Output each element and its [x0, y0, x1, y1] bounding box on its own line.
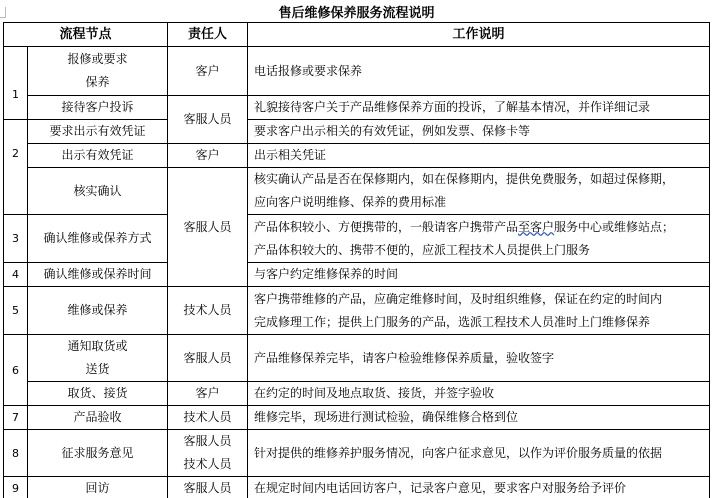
header-description: 工作说明: [248, 23, 710, 47]
seq-cell: 7: [4, 406, 28, 430]
seq-cell: 1: [4, 47, 28, 120]
seq-cell: 2: [4, 120, 28, 215]
node-cell: 要求出示有效凭证: [28, 120, 168, 144]
node-cell: 核实确认: [28, 168, 168, 215]
node-line: 报修或要求: [34, 48, 161, 71]
node-line: 保养: [34, 71, 161, 94]
desc-cell: 与客户约定维修保养的时间: [248, 263, 710, 287]
desc-text: 产品体积较小、方便携带的，一般请客户携带产品: [254, 220, 518, 234]
seq-cell: 5: [4, 287, 28, 335]
table-row: 6 通知取货或 送货 客服人员 产品维修保养完毕，请客户检验维修保养质量，验收签…: [4, 335, 710, 382]
table-row: 5 维修或保养 技术人员 客户携带维修的产品，应确定维修时间，及时组织维修，保证…: [4, 287, 710, 335]
node-cell: 确认维修或保养时间: [28, 263, 168, 287]
spellcheck-underlined-text: 至客户: [518, 220, 554, 234]
desc-line: 客户携带维修的产品，应确定维修时间，及时组织维修，保证在约定的时间内: [254, 288, 703, 311]
table-row: 出示有效凭证 客户 出示相关凭证: [4, 144, 710, 168]
person-cell: 客服人员: [168, 335, 248, 382]
process-table: 流程节点 责任人 工作说明 1 报修或要求 保养 客户 电话报修或要求保养 接待…: [3, 22, 710, 498]
seq-cell: 4: [4, 263, 28, 287]
desc-cell: 针对提供的维修养护服务情况，向客户征求意见，以作为评价服务质量的依据: [248, 430, 710, 477]
desc-cell: 产品体积较小、方便携带的，一般请客户携带产品至客户服务中心或维修站点； 产品体积…: [248, 215, 710, 263]
node-cell: 通知取货或 送货: [28, 335, 168, 382]
node-line: 送货: [34, 358, 161, 381]
person-cell: 客服人员: [168, 168, 248, 287]
node-cell: 报修或要求 保养: [28, 47, 168, 96]
table-header-row: 流程节点 责任人 工作说明: [4, 23, 710, 47]
node-cell: 取货、接货: [28, 382, 168, 406]
table-row: 2 要求出示有效凭证 要求客户出示相关的有效凭证，例如发票、保修卡等: [4, 120, 710, 144]
desc-line: 核实确认产品是否在保修期内，如在保修期内，提供免费服务，如超过保修期，: [254, 168, 703, 191]
node-cell: 确认维修或保养方式: [28, 215, 168, 263]
desc-line: 产品体积较小、方便携带的，一般请客户携带产品至客户服务中心或维修站点；: [254, 216, 703, 239]
desc-cell: 电话报修或要求保养: [248, 47, 710, 96]
desc-line: 产品体积较大的、携带不便的，应派工程技术人员提供上门服务: [254, 239, 703, 262]
desc-cell: 客户携带维修的产品，应确定维修时间，及时组织维修，保证在约定的时间内 完成修理工…: [248, 287, 710, 335]
table-row: 8 征求服务意见 客服人员 技术人员 针对提供的维修养护服务情况，向客户征求意见…: [4, 430, 710, 477]
desc-cell: 要求客户出示相关的有效凭证，例如发票、保修卡等: [248, 120, 710, 144]
desc-cell: 在规定时间内电话回访客户，记录客户意见，要求客户对服务给予评价: [248, 477, 710, 498]
desc-cell: 核实确认产品是否在保修期内，如在保修期内，提供免费服务，如超过保修期， 应向客户…: [248, 168, 710, 215]
node-cell: 维修或保养: [28, 287, 168, 335]
person-line: 技术人员: [174, 453, 241, 476]
table-row: 取货、接货 客户 在约定的时间及地点取货、接货，并签字验收: [4, 382, 710, 406]
table-row: 9 回访 客服人员 在规定时间内电话回访客户，记录客户意见，要求客户对服务给予评…: [4, 477, 710, 498]
desc-cell: 维修完毕，现场进行测试检验，确保维修合格到位: [248, 406, 710, 430]
seq-cell: 3: [4, 215, 28, 263]
table-row: 4 确认维修或保养时间 与客户约定维修保养的时间: [4, 263, 710, 287]
person-cell: 客户: [168, 382, 248, 406]
table-row: 3 确认维修或保养方式 产品体积较小、方便携带的，一般请客户携带产品至客户服务中…: [4, 215, 710, 263]
table-row: 核实确认 客服人员 核实确认产品是否在保修期内，如在保修期内，提供免费服务，如超…: [4, 168, 710, 215]
desc-cell: 在约定的时间及地点取货、接货，并签字验收: [248, 382, 710, 406]
person-cell: 客户: [168, 144, 248, 168]
seq-cell: 6: [4, 335, 28, 406]
person-cell: 客户: [168, 47, 248, 96]
table-row: 7 产品验收 技术人员 维修完毕，现场进行测试检验，确保维修合格到位: [4, 406, 710, 430]
node-cell: 回访: [28, 477, 168, 498]
person-cell: 客服人员: [168, 96, 248, 144]
page-title: 售后维修保养服务流程说明: [0, 2, 713, 21]
header-node: 流程节点: [4, 23, 168, 47]
person-line: 客服人员: [174, 430, 241, 453]
desc-text: 服务中心或维修站点；: [554, 220, 674, 234]
seq-cell: 9: [4, 477, 28, 498]
person-cell: 客服人员 技术人员: [168, 430, 248, 477]
table-row: 1 报修或要求 保养 客户 电话报修或要求保养: [4, 47, 710, 96]
node-cell: 产品验收: [28, 406, 168, 430]
node-cell: 征求服务意见: [28, 430, 168, 477]
person-cell: 技术人员: [168, 406, 248, 430]
node-cell: 接待客户投诉: [28, 96, 168, 120]
desc-line: 完成修理工作；提供上门服务的产品，选派工程技术人员准时上门维修保养: [254, 311, 703, 334]
person-cell: 客服人员: [168, 477, 248, 498]
person-cell: 技术人员: [168, 287, 248, 335]
table-row: 接待客户投诉 客服人员 礼貌接待客户关于产品维修保养方面的投诉，了解基本情况，并…: [4, 96, 710, 120]
desc-cell: 出示相关凭证: [248, 144, 710, 168]
header-person: 责任人: [168, 23, 248, 47]
desc-cell: 礼貌接待客户关于产品维修保养方面的投诉，了解基本情况，并作详细记录: [248, 96, 710, 120]
seq-cell: 8: [4, 430, 28, 477]
desc-line: 应向客户说明维修、保养的费用标准: [254, 191, 703, 214]
node-line: 通知取货或: [34, 335, 161, 358]
node-cell: 出示有效凭证: [28, 144, 168, 168]
desc-cell: 产品维修保养完毕，请客户检验维修保养质量，验收签字: [248, 335, 710, 382]
